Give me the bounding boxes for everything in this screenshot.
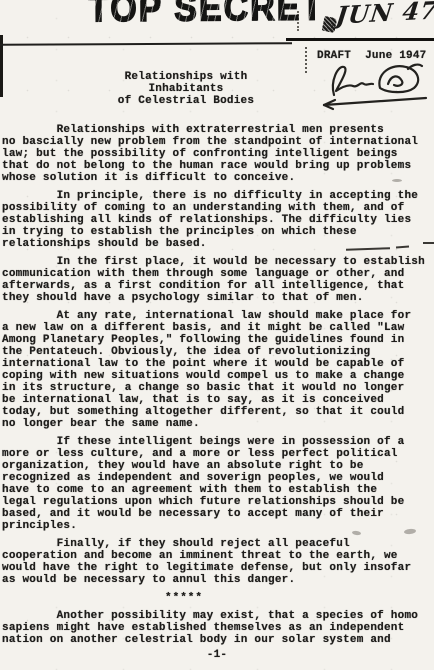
asterisk-separator: ***** — [2, 592, 430, 604]
document-paragraph: Finally, if they should reject all peace… — [2, 538, 430, 586]
handwritten-signature — [318, 57, 434, 111]
scan-dotted-mark — [305, 47, 307, 73]
header-rule-right — [286, 38, 434, 41]
document-paragraph: If these intelligent beings were in poss… — [2, 436, 430, 532]
document-title-line1: Relationships with Inhabitants — [84, 71, 288, 95]
handwritten-date: JUN 47 — [335, 0, 434, 28]
document-title-line2: of Celestrial Bodies — [84, 95, 288, 107]
page-number: -1- — [0, 649, 434, 661]
document-paragraph: At any rate, international law should ma… — [2, 310, 430, 430]
scanned-document-page: TOP SECRET JUN 47 DRAFTJune 1947 Relatio… — [0, 0, 434, 670]
header-rule-left — [0, 42, 292, 46]
document-body: Relationships with extraterrestrial men … — [2, 124, 430, 652]
top-secret-stamp: TOP SECRET — [88, 0, 324, 28]
document-paragraph: Relationships with extraterrestrial men … — [2, 124, 430, 184]
document-paragraph: Another possibility may exist, that a sp… — [2, 610, 430, 646]
document-paragraph: In principle, there is no difficulty in … — [2, 190, 430, 250]
document-paragraph: In the first place, it would be necessar… — [2, 256, 430, 304]
document-title: Relationships with Inhabitants of Celest… — [84, 71, 288, 107]
